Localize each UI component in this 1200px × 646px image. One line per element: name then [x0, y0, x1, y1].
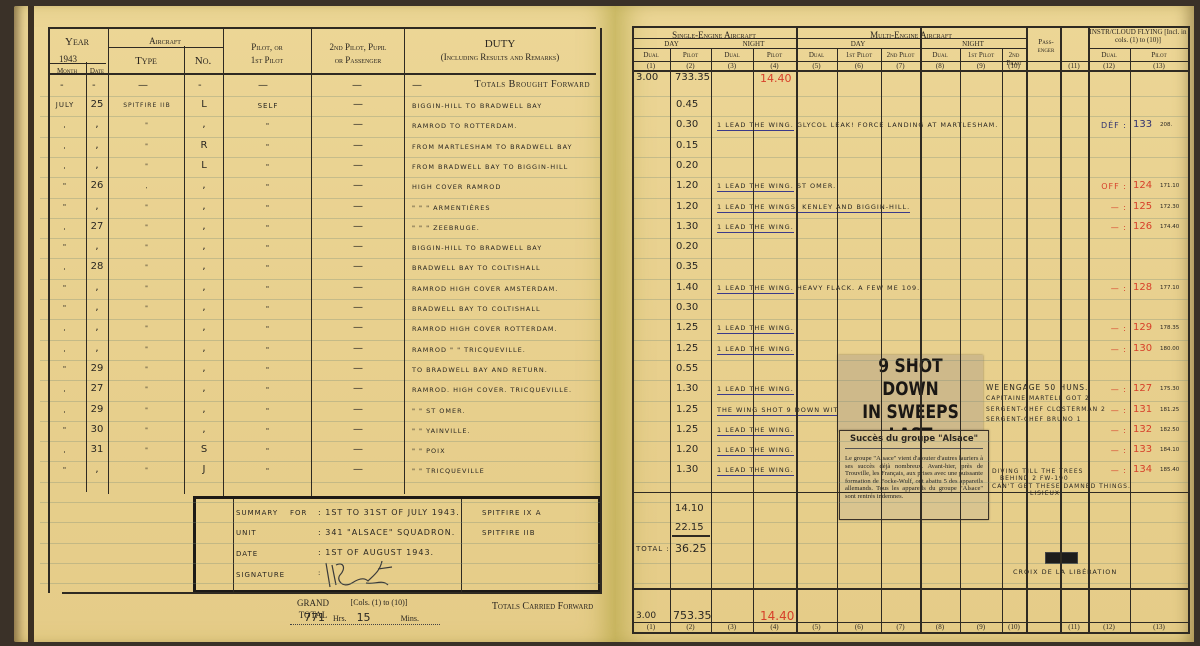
bf-dual-day: 3.00	[636, 72, 658, 83]
remark-highlight: 1 lead the wing.	[717, 466, 794, 476]
newspaper-headline: 9 SHOT DOWN IN SWEEPS LAST EVENING	[838, 355, 983, 431]
year-header: Year	[48, 36, 106, 48]
ruling-line	[40, 522, 600, 523]
remark-text: 1 lead the wing.	[717, 446, 794, 454]
sortie-number: 130	[1133, 343, 1152, 354]
remark-highlight: 1 lead the wing.	[717, 426, 794, 436]
column-number: (1)	[632, 62, 670, 70]
sortie-number: 128	[1133, 282, 1152, 293]
pilot-day-time: 1.30	[676, 221, 698, 232]
totals-brought-forward-label: Totals Brought Forward	[405, 79, 590, 90]
ruling-line	[40, 299, 600, 300]
pilot-header-2: 1st Pilot	[224, 55, 310, 65]
subcolumn-header: 1st Pilot	[960, 51, 1002, 59]
remark-rest: Glycol leak! Force landing at Martlesham…	[794, 121, 999, 129]
subcolumn-header: 1st Pilot	[837, 51, 881, 59]
sortie-note-label: — :	[1093, 324, 1127, 333]
column-rule	[1060, 27, 1062, 633]
column-number: (7)	[881, 62, 920, 70]
column-number: (5)	[796, 623, 837, 631]
sortie-note-label: — :	[1093, 203, 1127, 212]
column-rule	[404, 28, 405, 494]
subcolumn-header: Dual	[632, 51, 670, 59]
ruling-line	[40, 502, 600, 503]
column-rule	[48, 28, 50, 593]
remark-text: 1 lead the wing. Glycol leak! Force land…	[717, 121, 998, 129]
day-night-header: NIGHT	[711, 40, 796, 48]
remark-text: 1 lead the wing. Heavy flack. a few Me 1…	[717, 284, 920, 292]
cumulative-time: 175.30	[1160, 386, 1179, 392]
column-number: (13)	[1130, 62, 1188, 70]
column-rule	[1188, 27, 1190, 633]
column-rule	[311, 28, 312, 496]
aircraft-header: Aircraft	[108, 36, 222, 46]
remark-highlight: 1 lead the wing.	[717, 284, 794, 294]
sortie-number: 133	[1133, 119, 1152, 130]
remark-highlight: 1 lead the wing.	[717, 182, 794, 192]
note-diving: Diving till the trees	[992, 468, 1083, 475]
grand-total-mins: 15	[357, 611, 371, 624]
pilot-day-time: 0.35	[676, 261, 698, 272]
cumulative-time: 174.40	[1160, 224, 1179, 230]
ruling-line	[40, 116, 600, 117]
no-header: No.	[184, 55, 222, 67]
cumulative-time: 172.30	[1160, 204, 1179, 210]
pilot-day-time: 1.25	[676, 322, 698, 333]
pilot-day-time: 1.30	[676, 383, 698, 394]
type-header: Type	[108, 55, 184, 67]
ruling-line	[40, 238, 600, 239]
remark-highlight: 1 lead the wing.	[717, 385, 794, 395]
ruling-line	[40, 198, 600, 199]
column-number: (12)	[1088, 623, 1130, 631]
grand-total-rule	[62, 592, 602, 594]
ruling-line	[40, 137, 600, 138]
pilot-header: Pilot, or	[224, 42, 310, 52]
day-night-header: DAY	[632, 40, 711, 48]
signature-colon: :	[318, 569, 321, 577]
ruling-line	[632, 299, 1190, 300]
column-number: (5)	[796, 62, 837, 70]
remark-text: 1 lead the wing.	[717, 385, 794, 393]
second-pilot-header: 2nd Pilot, Pupil	[312, 42, 404, 52]
header-bottom-rule	[48, 73, 596, 75]
ruling-line	[40, 218, 600, 219]
column-rule	[881, 48, 882, 633]
ruling-line	[632, 461, 1190, 462]
grand-total-hours: 771	[304, 611, 325, 624]
unit-value: : 341 "Alsace" Squadron.	[318, 528, 455, 537]
remark-rest: St Omer.	[794, 182, 836, 190]
ruling-line	[632, 522, 1190, 523]
pilot-day-time: 1.30	[676, 464, 698, 475]
day-night-header: NIGHT	[920, 40, 1026, 48]
cumulative-time: 181.25	[1160, 407, 1179, 413]
medal-caption: Croix de la Libération	[1013, 568, 1117, 576]
subcolumn-header: 2nd Pilot	[881, 51, 920, 59]
subcolumn-header: Pilot	[753, 51, 796, 59]
column-number: (12)	[1088, 62, 1130, 70]
subcolumn-header: Dual	[920, 51, 960, 59]
summary-line-2: 22.15	[675, 522, 704, 533]
cumulative-time: 208.	[1160, 122, 1172, 128]
column-number: (2)	[670, 62, 711, 70]
grand-total-cols: [Cols. (1) to (10)]	[344, 597, 414, 609]
column-number: (9)	[960, 623, 1002, 631]
pilot-day-time: 1.40	[676, 282, 698, 293]
summary-aircraft-1: Spitfire IX A	[482, 509, 541, 517]
column-rule	[108, 28, 109, 494]
remark-highlight: 1 lead the wing.	[717, 121, 794, 131]
column-number: (10)	[1002, 623, 1026, 631]
subcolumn-header: Dual	[711, 51, 753, 59]
ruling-line	[632, 177, 1190, 178]
column-rule	[1002, 48, 1003, 633]
pilot-day-time: 0.30	[676, 302, 698, 313]
remark-highlight: 1 lead the wing.	[717, 324, 794, 334]
column-number: (9)	[960, 62, 1002, 70]
bf-month: -	[60, 80, 64, 91]
column-rule	[920, 27, 922, 633]
bf-date: -	[92, 80, 96, 91]
newspaper-article: Succès du groupe "Alsace" Le groupe "Als…	[839, 430, 989, 520]
sum-underline	[672, 535, 710, 537]
grand-total-line: 771 Hrs. 15 Mins.	[290, 611, 440, 625]
column-number: (4)	[753, 62, 796, 70]
ruling-line	[40, 563, 600, 564]
for-label: For	[290, 509, 307, 517]
column-number: (6)	[837, 62, 881, 70]
ruling-line	[40, 583, 600, 584]
sortie-number: 134	[1133, 464, 1152, 475]
total-label: Total :	[636, 545, 670, 553]
remark-text: 1 lead the wing.	[717, 426, 794, 434]
sortie-number: 132	[1133, 424, 1152, 435]
column-number: (13)	[1130, 623, 1188, 631]
aircraft-subrule	[108, 47, 223, 48]
ruling-line	[40, 461, 600, 462]
column-number: (7)	[881, 623, 920, 631]
remark-text: 1 lead the wing.	[717, 223, 794, 231]
subcolumn-header: Pilot	[1130, 51, 1188, 59]
sortie-note-label: — :	[1093, 345, 1127, 354]
dual-pilot-rule	[632, 48, 1026, 49]
remark-text: 1 lead the wing.	[717, 466, 794, 474]
cumulative-time: 184.10	[1160, 447, 1179, 453]
ruling-line	[632, 258, 1190, 259]
ruling-line	[40, 543, 600, 544]
signature-label: Signature	[236, 571, 285, 579]
ruling-line	[632, 238, 1190, 239]
ruling-line	[632, 563, 1190, 564]
ruling-line	[40, 96, 600, 97]
duty-header-2: (Including Results and Remarks)	[405, 52, 595, 62]
pilot-day-time: 1.25	[676, 404, 698, 415]
ruling-line	[632, 441, 1190, 442]
note-bruno: Sergent-Chef Bruno 1	[986, 416, 1081, 423]
column-rule	[1026, 27, 1028, 633]
subcolumn-header: Pilot	[670, 51, 711, 59]
summary-divider	[233, 499, 234, 592]
column-number: (11)	[1060, 623, 1088, 631]
bf-pilot-day: 733.35	[675, 72, 710, 83]
column-number: (4)	[753, 623, 796, 631]
ruling-line	[40, 482, 600, 483]
day-night-rule	[632, 38, 1026, 39]
sortie-note-label: OFF :	[1093, 182, 1127, 191]
ruling-line	[632, 279, 1190, 280]
ruling-line	[632, 340, 1190, 341]
ruling-line	[632, 543, 1190, 544]
unit-label: Unit	[236, 529, 257, 537]
ruling-line	[40, 360, 600, 361]
bf-pilot: —	[258, 80, 268, 91]
bf-second: —	[352, 80, 362, 91]
ruling-line	[632, 137, 1190, 138]
ruling-line	[632, 198, 1190, 199]
summary-line-1: 14.10	[675, 503, 704, 514]
summary-period: : 1st to 31st of July 1943.	[318, 508, 460, 517]
column-rule	[1130, 48, 1131, 633]
column-rule	[711, 48, 712, 633]
ruling-line	[40, 157, 600, 158]
instr-cloud-header: INSTR/CLOUD FLYING [Incl. in cols. (1) t…	[1088, 28, 1188, 44]
sortie-number: 129	[1133, 322, 1152, 333]
column-rule	[632, 27, 634, 633]
column-rule	[1088, 27, 1090, 633]
cumulative-time: 185.40	[1160, 467, 1179, 473]
remark-text: 1 lead the wing. St Omer.	[717, 182, 836, 190]
col-number-rule	[632, 61, 1190, 62]
pilot-day-time: 1.20	[676, 180, 698, 191]
ruling-line	[632, 360, 1190, 361]
cumulative-time: 182.50	[1160, 427, 1179, 433]
header-top-rule	[48, 27, 596, 29]
pilot-day-time: 1.20	[676, 201, 698, 212]
sortie-note-label: Déf :	[1093, 121, 1127, 130]
hrs-label: Hrs.	[333, 614, 347, 623]
column-number: (2)	[670, 623, 711, 631]
cf-dual-day: 3.00	[636, 611, 656, 621]
remark-text: 1 lead the wing.	[717, 324, 794, 332]
ruling-line	[632, 218, 1190, 219]
date-label: Date	[236, 550, 258, 558]
bf-pilot-night: 14.40	[760, 72, 792, 85]
column-number: (8)	[920, 62, 960, 70]
ruling-line	[40, 421, 600, 422]
remark-highlight: 1 lead the wing.	[717, 223, 794, 233]
ruling-line	[632, 96, 1190, 97]
sortie-note-label: — :	[1093, 284, 1127, 293]
column-rule	[796, 27, 798, 633]
ruling-line	[40, 319, 600, 320]
column-rule	[86, 62, 87, 492]
sortie-number: 127	[1133, 383, 1152, 394]
ruling-line	[632, 482, 1190, 483]
sortie-note-label: — :	[1093, 385, 1127, 394]
column-number: (3)	[711, 623, 753, 631]
sortie-number: 131	[1133, 404, 1152, 415]
pilot-day-time: 0.55	[676, 363, 698, 374]
ruling-line	[632, 421, 1190, 422]
instr-subrule	[1088, 48, 1188, 49]
totals-carried-forward-label: Totals Carried Forward	[480, 601, 605, 613]
bf-duty: —	[412, 80, 422, 91]
year-subrule	[48, 63, 106, 64]
cf-pilot-night: 14.40	[760, 609, 794, 623]
pilot-day-time: 1.25	[676, 424, 698, 435]
column-rule	[670, 48, 671, 633]
cumulative-time: 180.00	[1160, 346, 1179, 352]
subcolumn-header: Dual	[796, 51, 837, 59]
bf-no: -	[198, 80, 202, 91]
cumulative-time: 178.35	[1160, 325, 1179, 331]
pilot-day-time: 0.45	[676, 99, 698, 110]
summary-divider	[461, 499, 462, 592]
duty-header: DUTY	[405, 38, 595, 50]
ruling-line	[632, 116, 1190, 117]
column-number: (10)	[1002, 62, 1026, 70]
cf-pilot-day: 753.35	[673, 609, 712, 622]
second-pilot-header-2: or Passenger	[312, 55, 404, 65]
cumulative-time: 171.10	[1160, 183, 1179, 189]
remark-highlight: 1 lead the wing.	[717, 446, 794, 456]
summary-aircraft-2: Spitfire IIB	[482, 529, 536, 537]
ruling-line	[40, 279, 600, 280]
column-rule	[184, 46, 185, 494]
sortie-number: 126	[1133, 221, 1152, 232]
pilot-day-time: 0.30	[676, 119, 698, 130]
bf-type: —	[138, 80, 148, 91]
pilot-day-time: 1.25	[676, 343, 698, 354]
ruling-line	[40, 441, 600, 442]
column-number: (1)	[632, 623, 670, 631]
sortie-number: 124	[1133, 180, 1152, 191]
ruling-line	[632, 401, 1190, 402]
column-rule	[600, 28, 602, 593]
summary-label: Summary	[236, 509, 278, 517]
cumulative-time: 177.10	[1160, 285, 1179, 291]
summary-total: 36.25	[675, 542, 707, 555]
ruling-line	[632, 157, 1190, 158]
headline-line-1: 9 SHOT DOWN	[851, 355, 970, 401]
remark-highlight: 1 lead the wing.	[717, 345, 794, 355]
column-number: (11)	[1060, 62, 1088, 70]
header-bottom-rule	[632, 70, 1190, 72]
column-number: (6)	[837, 623, 881, 631]
subcolumn-header: Dual	[1088, 51, 1130, 59]
pilot-day-time: 0.20	[676, 241, 698, 252]
mins-label: Mins.	[401, 614, 419, 623]
ruling-line	[632, 319, 1190, 320]
ruling-line	[40, 401, 600, 402]
sortie-number: 125	[1133, 201, 1152, 212]
sortie-note-label: — :	[1093, 446, 1127, 455]
pilot-day-time: 0.15	[676, 140, 698, 151]
column-rule	[960, 48, 961, 633]
ruling-line	[40, 380, 600, 381]
remark-text: 1 lead the wing.	[717, 345, 794, 353]
column-number: (3)	[711, 62, 753, 70]
sortie-note-label: — :	[1093, 466, 1127, 475]
column-rule	[223, 28, 224, 496]
column-number: (8)	[920, 623, 960, 631]
ruling-line	[632, 583, 1190, 584]
sortie-note-label: — :	[1093, 223, 1127, 232]
remark-rest: Heavy flack. a few Me 109.	[794, 284, 920, 292]
day-night-header: DAY	[796, 40, 920, 48]
pilot-day-time: 1.20	[676, 444, 698, 455]
passenger-header: Pass-enger	[1030, 38, 1062, 54]
ruling-line	[40, 340, 600, 341]
column-rule	[753, 48, 754, 633]
column-rule	[837, 48, 838, 633]
ruling-line	[40, 177, 600, 178]
sortie-note-label: — :	[1093, 426, 1127, 435]
ruling-line	[632, 380, 1190, 381]
pilot-signature	[322, 555, 402, 593]
ruling-line	[632, 502, 1190, 503]
sortie-number: 133	[1133, 444, 1152, 455]
pilot-day-time: 0.20	[676, 160, 698, 171]
summary-rule	[632, 492, 1190, 493]
bottom-rule	[632, 632, 1190, 634]
carried-forward-rule	[632, 588, 1190, 590]
ruling-line	[40, 258, 600, 259]
